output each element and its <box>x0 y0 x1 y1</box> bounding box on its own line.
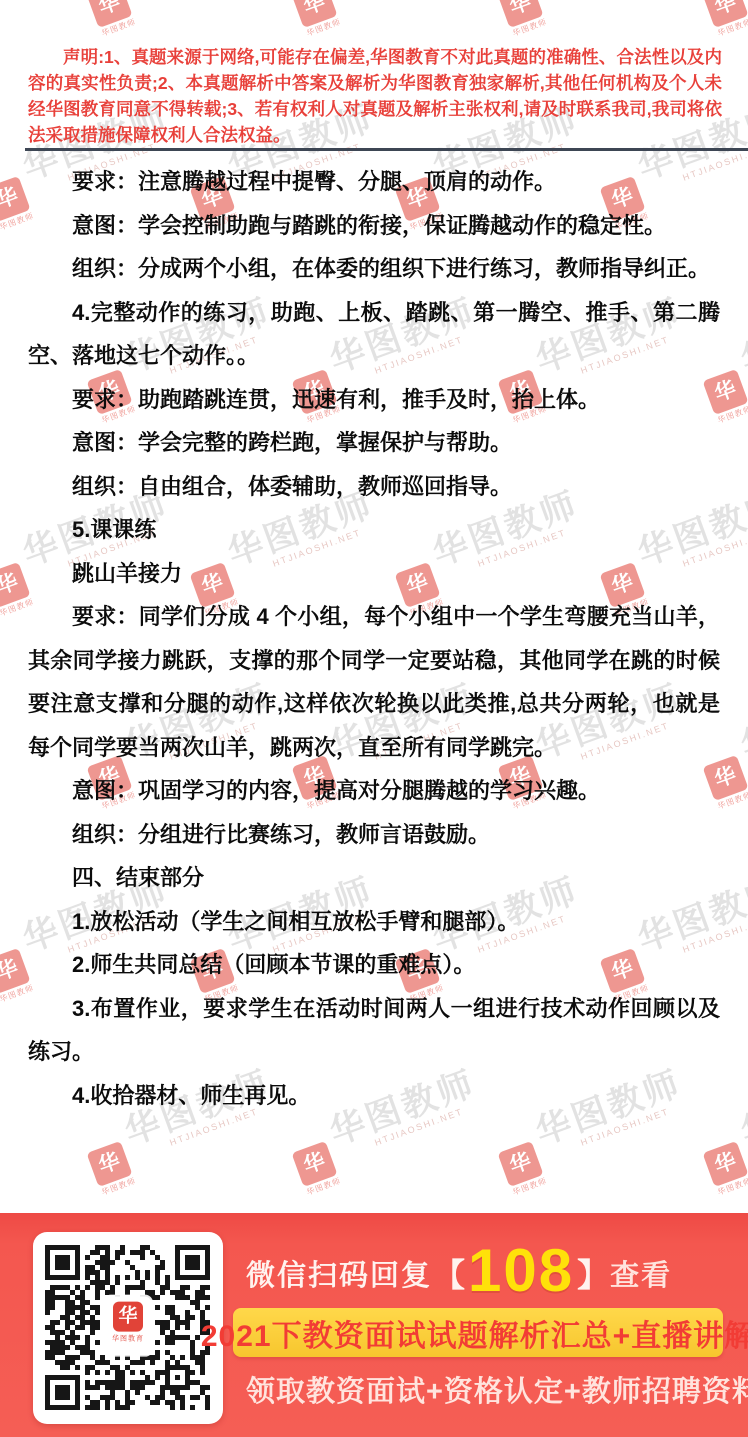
header-divider <box>25 148 748 151</box>
watermark: 华图教师HTJIAOSHI.NET华华图教师 <box>71 0 307 45</box>
huatu-logo-glyph: 华 <box>86 1141 132 1187</box>
watermark-site: HTJIAOSHI.NET <box>133 0 279 2</box>
huatu-logo-icon: 华华图教师 <box>497 0 549 39</box>
body-paragraph: 2.师生共同总结（回顾本节课的重难点）。 <box>28 943 720 987</box>
lesson-plan-text: 要求：注意腾越过程中提臀、分腿、顶肩的动作。意图：学会控制助跑与踏跳的衔接，保证… <box>28 160 720 1117</box>
document-page: 华图教师HTJIAOSHI.NET华华图教师华图教师HTJIAOSHI.NET华… <box>0 0 748 1437</box>
body-paragraph: 组织：自由组合，体委辅助，教师巡回指导。 <box>28 465 720 509</box>
bracket-open: 【 <box>433 1250 465 1296</box>
watermark: 华图教师HTJIAOSHI.NET华华图教师 <box>482 0 718 45</box>
body-paragraph: 要求：注意腾越过程中提臀、分腿、顶肩的动作。 <box>28 160 720 204</box>
huatu-logo-glyph: 华 <box>0 176 31 222</box>
huatu-logo-glyph: 华 <box>0 562 31 608</box>
banner-texts: 微信扫码回复 【 108 】 查看 2021下教资面试试题解析汇总+直播讲解 领… <box>246 1213 726 1437</box>
disclaimer-body: 1、真题来源于网络,可能存在偏差,华图教育不对此真题的准确性、合法性以及内容的真… <box>28 47 722 145</box>
scan-prefix: 微信扫码回复 <box>246 1253 432 1294</box>
huatu-logo-icon: 华华图教师 <box>86 1140 138 1198</box>
body-paragraph: 组织：分组进行比赛练习，教师言语鼓励。 <box>28 813 720 857</box>
body-paragraph: 意图：巩固学习的内容，提高对分腿腾越的学习兴趣。 <box>28 769 720 813</box>
promo-highlight-text: 2021下教资面试试题解析汇总+直播讲解 <box>201 1311 748 1355</box>
huatu-logo-glyph: 华 <box>702 1141 748 1187</box>
watermark: 华图教师HTJIAOSHI.NET华华图教师 <box>276 0 512 45</box>
scan-instruction-line: 微信扫码回复 【 108 】 查看 <box>246 1241 672 1305</box>
body-paragraph: 跳山羊接力 <box>28 552 720 596</box>
watermark: 华图教师HTJIAOSHI.NET华华图教师 <box>687 0 748 45</box>
body-paragraph: 4.完整动作的练习，助跑、上板、踏跳、第一腾空、推手、第二腾空、落地这七个动作。… <box>28 291 720 378</box>
watermark-brand: 华图教师 <box>733 670 748 769</box>
watermark-site: HTJIAOSHI.NET <box>338 0 484 2</box>
watermark-brand: 华图教师 <box>733 1056 748 1155</box>
huatu-logo-icon: 华 <box>113 1302 143 1332</box>
huatu-logo-icon: 华华图教师 <box>291 1140 343 1198</box>
huatu-logo-caption: 华图教师 <box>510 16 549 39</box>
huatu-logo-caption: 华图教师 <box>510 1175 549 1198</box>
huatu-logo-glyph: 华 <box>291 0 337 28</box>
huatu-logo-icon: 华华图教师 <box>702 1140 748 1198</box>
promo-bottom-line: 领取教资面试+资格认定+教师招聘资料 <box>246 1369 748 1410</box>
huatu-logo-glyph: 华 <box>86 0 132 28</box>
huatu-logo-caption: 华图教师 <box>715 1175 748 1198</box>
body-paragraph: 意图：学会完整的跨栏跑，掌握保护与帮助。 <box>28 421 720 465</box>
body-paragraph: 意图：学会控制助跑与踏跳的衔接，保证腾越动作的稳定性。 <box>28 204 720 248</box>
huatu-logo-icon: 华华图教师 <box>291 0 343 39</box>
watermark-words: 华图教师HTJIAOSHI.NET <box>733 0 748 2</box>
body-paragraph: 4.收拾器材、师生再见。 <box>28 1074 720 1118</box>
huatu-logo-caption: 华图教师 <box>715 789 748 812</box>
huatu-logo-caption: 华图教师 <box>715 16 748 39</box>
huatu-logo-caption: 华图教师 <box>304 1175 343 1198</box>
body-paragraph: 3.布置作业，要求学生在活动时间两人一组进行技术动作回顾以及练习。 <box>28 987 720 1074</box>
reply-code: 108 <box>468 1236 574 1305</box>
huatu-logo-glyph: 华 <box>702 0 748 28</box>
scan-suffix: 查看 <box>610 1253 672 1294</box>
huatu-logo-glyph: 华 <box>497 1141 543 1187</box>
huatu-logo-glyph: 华 <box>0 948 31 994</box>
watermark-site: HTJIAOSHI.NET <box>544 0 690 2</box>
watermark-words: 华图教师HTJIAOSHI.NET <box>733 670 748 775</box>
body-paragraph: 组织：分成两个小组，在体委的组织下进行练习，教师指导纠正。 <box>28 247 720 291</box>
promo-highlight-strip: 2021下教资面试试题解析汇总+直播讲解 <box>233 1308 723 1357</box>
promo-banner: 华 华图教育 微信扫码回复 【 108 】 查看 2021下教资面试试题解析汇总… <box>0 1213 748 1437</box>
bracket-close: 】 <box>577 1250 609 1296</box>
huatu-logo-icon: 华华图教师 <box>86 0 138 39</box>
huatu-logo-glyph: 华 <box>497 0 543 28</box>
huatu-logo-caption: 华图教师 <box>715 403 748 426</box>
body-paragraph: 要求：助跑踏跳连贯，迅速有利，推手及时，抬上体。 <box>28 378 720 422</box>
qr-center-logo: 华 华图教育 <box>105 1297 151 1355</box>
body-paragraph: 5.课课练 <box>28 508 720 552</box>
disclaimer-text: 声明:1、真题来源于网络,可能存在偏差,华图教育不对此真题的准确性、合法性以及内… <box>28 44 722 148</box>
huatu-logo-icon: 华华图教师 <box>702 0 748 39</box>
huatu-logo-icon: 华华图教师 <box>497 1140 549 1198</box>
watermark-words: 华图教师HTJIAOSHI.NET <box>528 0 690 2</box>
huatu-logo-caption: 华图教师 <box>99 16 138 39</box>
huatu-logo-caption: 华图教师 <box>99 1175 138 1198</box>
body-paragraph: 1.放松活动（学生之间相互放松手臂和腿部）。 <box>28 900 720 944</box>
disclaimer-label: 声明: <box>63 47 104 67</box>
watermark-words: 华图教师HTJIAOSHI.NET <box>117 0 279 2</box>
qr-center-label: 华图教育 <box>105 1334 151 1344</box>
watermark-words: 华图教师HTJIAOSHI.NET <box>733 1056 748 1161</box>
watermark-words: 华图教师HTJIAOSHI.NET <box>322 0 484 2</box>
body-paragraph: 四、结束部分 <box>28 856 720 900</box>
watermark-words: 华图教师HTJIAOSHI.NET <box>733 284 748 389</box>
qr-code: 华 华图教育 <box>33 1232 223 1424</box>
body-paragraph: 要求：同学们分成 4 个小组，每个小组中一个学生弯腰充当山羊，其余同学接力跳跃，… <box>28 595 720 769</box>
huatu-logo-caption: 华图教师 <box>304 16 343 39</box>
watermark-brand: 华图教师 <box>733 284 748 383</box>
huatu-logo-glyph: 华 <box>291 1141 337 1187</box>
